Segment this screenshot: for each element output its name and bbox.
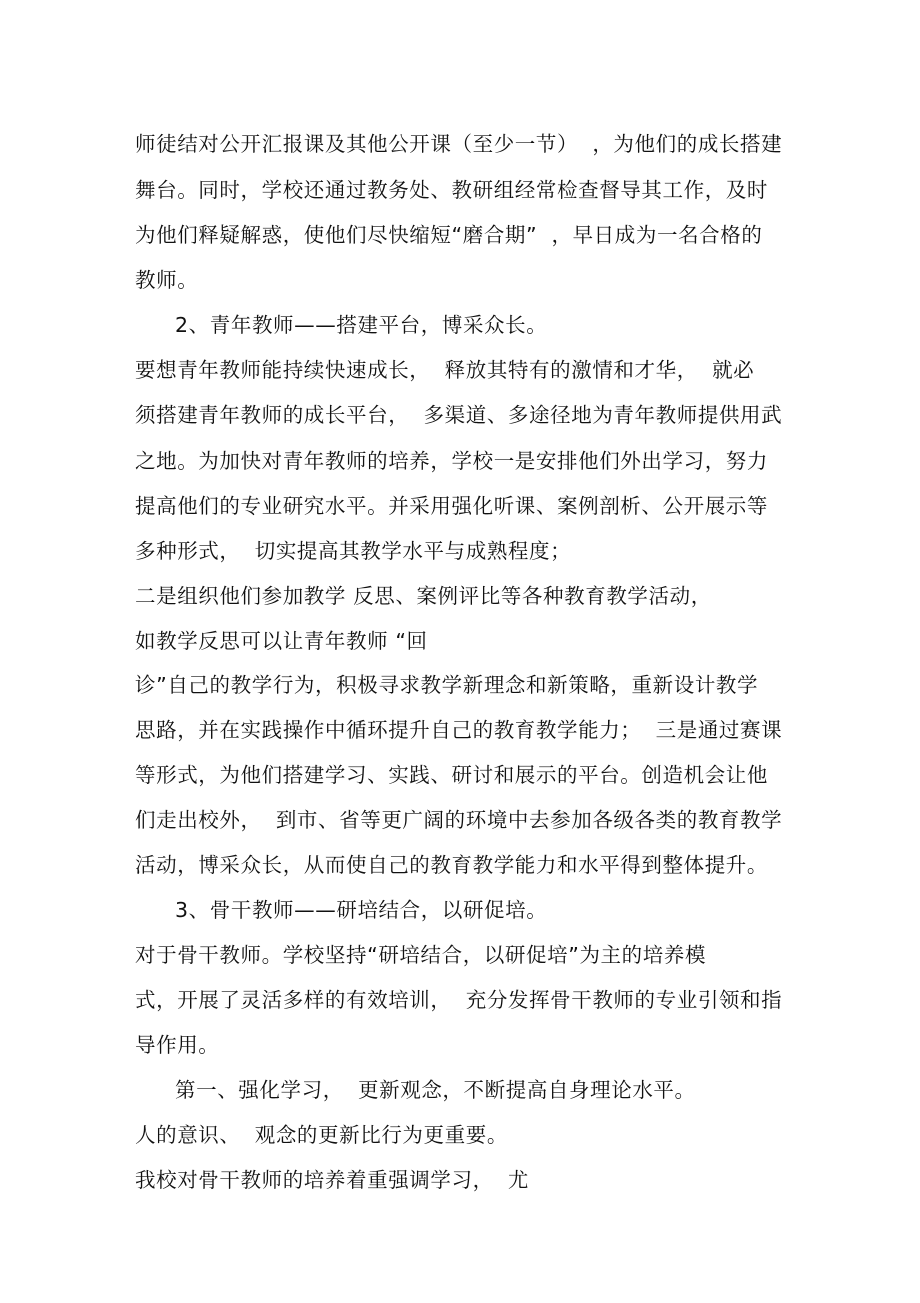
- text-line: 如教学反思可以让青年教师 “回: [135, 628, 428, 654]
- text-line: 教师。: [135, 267, 198, 293]
- text-line: 诊”自己的教学行为，积极寻求教学新理念和新策略，重新设计教学: [135, 672, 758, 698]
- text-line: 师徒结对公开汇报课及其他公开课（至少一节） ，为他们的成长搭建: [135, 131, 782, 157]
- section-heading: 2、青年教师——搭建平台，博采众长。: [175, 312, 547, 338]
- text-line: 舞台。同时，学校还通过教务处、教研组经常检查督导其工作，及时: [135, 177, 768, 203]
- text-line: 要想青年教师能持续快速成长， 释放其特有的激情和才华， 就必: [135, 357, 754, 383]
- section-heading: 3、骨干教师——研培结合，以研促培。: [175, 897, 547, 923]
- text-line: 二是组织他们参加教学 反思、案例评比等各种教育教学活动，: [135, 583, 712, 609]
- text-line: 对于骨干教师。学校坚持“研培结合，以研促培”为主的培养模: [135, 942, 706, 968]
- document-page: 师徒结对公开汇报课及其他公开课（至少一节） ，为他们的成长搭建 舞台。同时，学校…: [0, 0, 920, 1303]
- text-line: 导作用。: [135, 1032, 219, 1058]
- text-line: 须搭建青年教师的成长平台， 多渠道、多途径地为青年教师提供用武: [135, 402, 782, 428]
- text-line: 之地。为加快对青年教师的培养，学校一是安排他们外出学习，努力: [135, 448, 768, 474]
- text-line: 多种形式， 切实提高其教学水平与成熟程度；: [135, 538, 571, 564]
- text-line: 人的意识、 观念的更新比行为更重要。: [135, 1122, 508, 1148]
- text-line: 活动，博采众长，从而使自己的教育教学能力和水平得到整体提升。: [135, 852, 768, 878]
- text-line: 我校对骨干教师的培养着重强调学习， 尤: [135, 1167, 529, 1193]
- text-line: 思路，并在实践操作中循环提升自己的教育教学能力； 三是通过赛课: [135, 717, 782, 743]
- text-line: 式，开展了灵活多样的有效培训， 充分发挥骨干教师的专业引领和指: [135, 987, 782, 1013]
- text-line: 为他们释疑解惑，使他们尽快缩短“磨合期” ，早日成为一名合格的: [135, 222, 762, 248]
- text-line: 们走出校外， 到市、省等更广阔的环境中去参加各级各类的教育教学: [135, 807, 782, 833]
- text-line: 等形式，为他们搭建学习、实践、研讨和展示的平台。创造机会让他: [135, 762, 768, 788]
- text-line: 提高他们的专业研究水平。并采用强化听课、案例剖析、公开展示等: [135, 493, 768, 519]
- subsection-heading: 第一、强化学习， 更新观念，不断提高自身理论水平。: [175, 1077, 696, 1103]
